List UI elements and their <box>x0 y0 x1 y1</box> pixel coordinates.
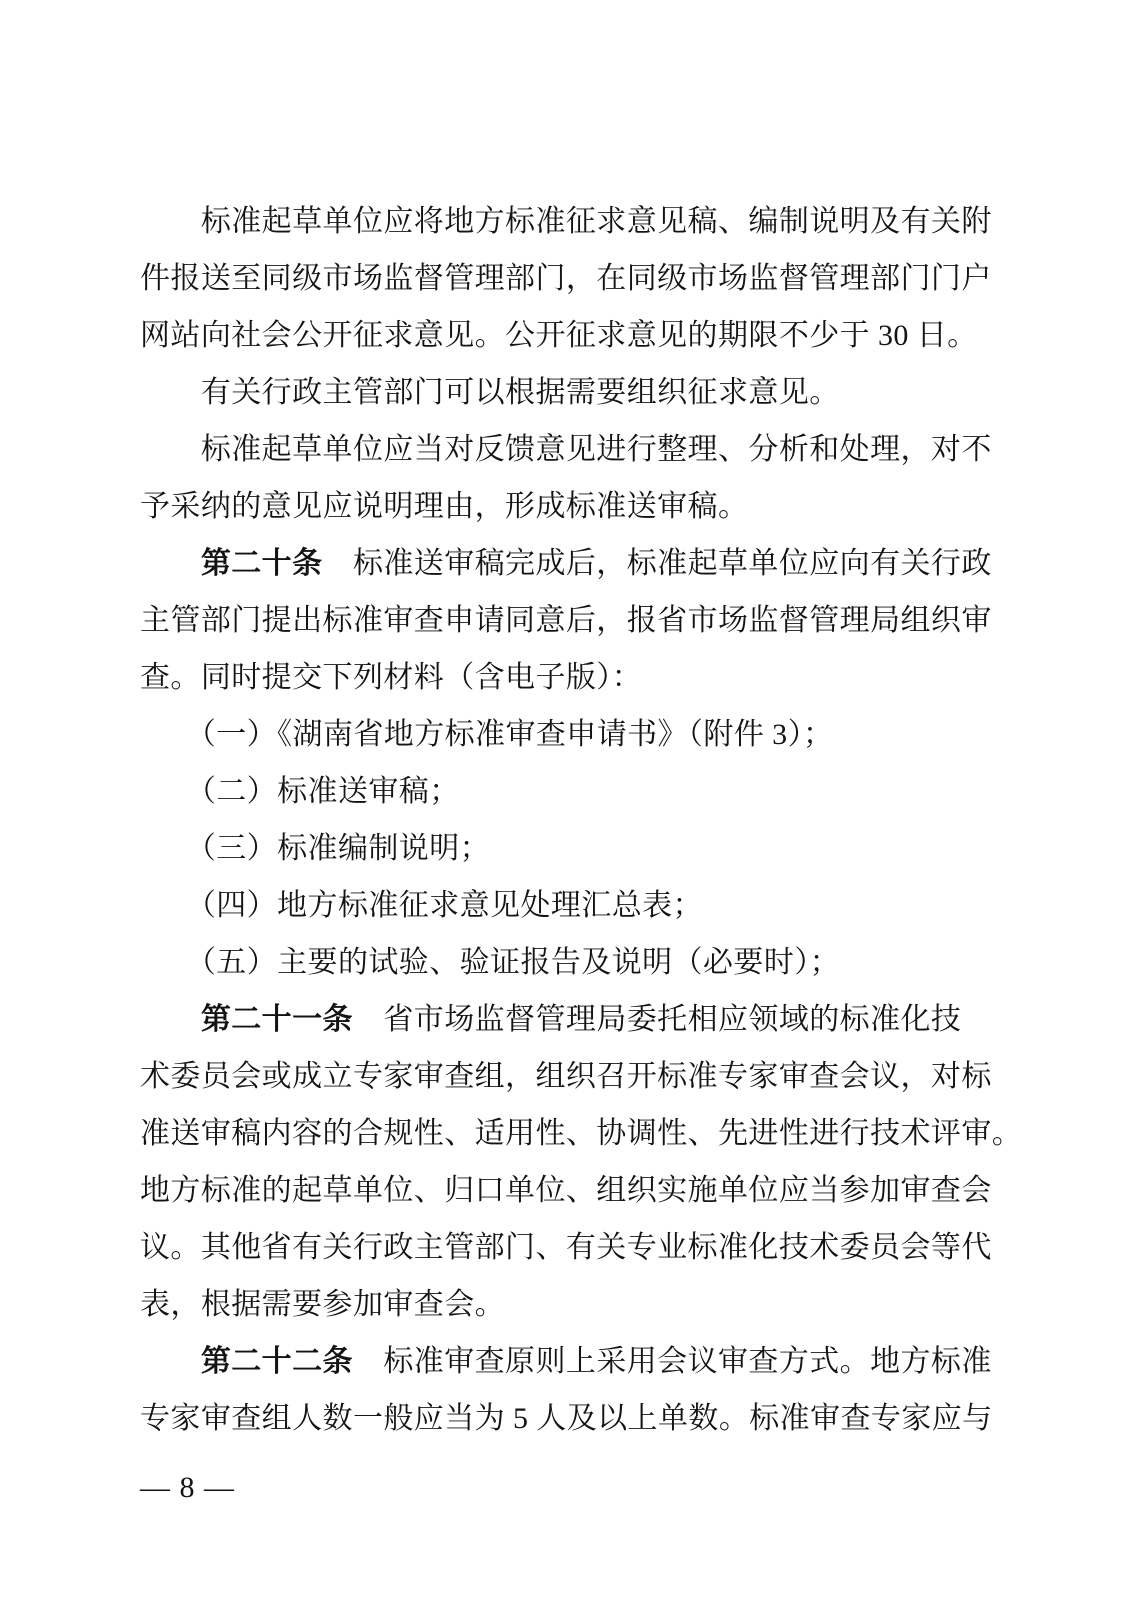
document-body: 标准起草单位应将地方标准征求意见稿、编制说明及有关附件报送至同级市场监督管理部门… <box>140 193 994 1447</box>
paragraph: 第二十二条 标准审查原则上采用会议审查方式。地方标准专家审查组人数一般应当为 5… <box>140 1333 994 1447</box>
text-line: 予采纳的意见应说明理由，形成标准送审稿。 <box>140 478 994 535</box>
line-text: 查。同时提交下列材料（含电子版）： <box>140 661 642 694</box>
text-line: 地方标准的起草单位、归口单位、组织实施单位应当参加审查会 <box>140 1162 994 1219</box>
text-line: 查。同时提交下列材料（含电子版）： <box>140 649 994 706</box>
text-line: 标准起草单位应当对反馈意见进行整理、分析和处理，对不 <box>140 421 994 478</box>
text-line: （三）标准编制说明； <box>140 820 994 877</box>
paragraph: （一）《湖南省地方标准审查申请书》（附件 3）； <box>140 706 994 763</box>
paragraph: 标准起草单位应当对反馈意见进行整理、分析和处理，对不予采纳的意见应说明理由，形成… <box>140 421 994 535</box>
line-text: （二）标准送审稿； <box>140 775 460 808</box>
line-text: 准送审稿内容的合规性、适用性、协调性、先进性进行技术评审。 <box>140 1117 1022 1150</box>
paragraph: （二）标准送审稿； <box>140 763 994 820</box>
line-text: （四）地方标准征求意见处理汇总表； <box>140 889 703 922</box>
text-line: （五）主要的试验、验证报告及说明（必要时）； <box>140 934 994 991</box>
line-text: 议。其他省有关行政主管部门、有关专业标准化技术委员会等代 <box>140 1231 992 1264</box>
text-line: 件报送至同级市场监督管理部门，在同级市场监督管理部门门户 <box>140 250 994 307</box>
line-text: 予采纳的意见应说明理由，形成标准送审稿。 <box>140 490 748 523</box>
text-line: （一）《湖南省地方标准审查申请书》（附件 3）； <box>140 706 994 763</box>
line-text: 件报送至同级市场监督管理部门，在同级市场监督管理部门门户 <box>140 262 992 295</box>
document-page: 标准起草单位应将地方标准征求意见稿、编制说明及有关附件报送至同级市场监督管理部门… <box>0 0 1130 1600</box>
line-text: 地方标准的起草单位、归口单位、组织实施单位应当参加审查会 <box>140 1174 992 1207</box>
text-line: 主管部门提出标准审查申请同意后，报省市场监督管理局组织审 <box>140 592 994 649</box>
paragraph: 第二十一条 省市场监督管理局委托相应领域的标准化技术委员会或成立专家审查组，组织… <box>140 991 994 1333</box>
article-number: 第二十条 <box>140 547 323 580</box>
article-number: 第二十二条 <box>140 1345 353 1378</box>
paragraph: （五）主要的试验、验证报告及说明（必要时）； <box>140 934 994 991</box>
paragraph: （四）地方标准征求意见处理汇总表； <box>140 877 994 934</box>
text-line: （二）标准送审稿； <box>140 763 994 820</box>
line-text: 标准起草单位应当对反馈意见进行整理、分析和处理，对不 <box>140 433 992 466</box>
line-text: 主管部门提出标准审查申请同意后，报省市场监督管理局组织审 <box>140 604 992 637</box>
line-text: 标准起草单位应将地方标准征求意见稿、编制说明及有关附 <box>140 205 992 238</box>
text-line: 术委员会或成立专家审查组，组织召开标准专家审查会议，对标 <box>140 1048 994 1105</box>
line-text: 标准送审稿完成后，标准起草单位应向有关行政 <box>323 547 992 580</box>
paragraph: 有关行政主管部门可以根据需要组织征求意见。 <box>140 364 994 421</box>
line-text: （一）《湖南省地方标准审查申请书》（附件 3）； <box>140 718 833 751</box>
line-text: （五）主要的试验、验证报告及说明（必要时）； <box>140 946 840 979</box>
text-line: 第二十一条 省市场监督管理局委托相应领域的标准化技 <box>140 991 994 1048</box>
line-text: 省市场监督管理局委托相应领域的标准化技 <box>353 1003 961 1036</box>
text-line: 议。其他省有关行政主管部门、有关专业标准化技术委员会等代 <box>140 1219 994 1276</box>
line-text: 网站向社会公开征求意见。公开征求意见的期限不少于 30 日。 <box>140 319 978 352</box>
paragraph: （三）标准编制说明； <box>140 820 994 877</box>
paragraph: 标准起草单位应将地方标准征求意见稿、编制说明及有关附件报送至同级市场监督管理部门… <box>140 193 994 364</box>
text-line: 网站向社会公开征求意见。公开征求意见的期限不少于 30 日。 <box>140 307 994 364</box>
text-line: 第二十条 标准送审稿完成后，标准起草单位应向有关行政 <box>140 535 994 592</box>
text-line: （四）地方标准征求意见处理汇总表； <box>140 877 994 934</box>
paragraph: 第二十条 标准送审稿完成后，标准起草单位应向有关行政主管部门提出标准审查申请同意… <box>140 535 994 706</box>
text-line: 准送审稿内容的合规性、适用性、协调性、先进性进行技术评审。 <box>140 1105 994 1162</box>
line-text: 有关行政主管部门可以根据需要组织征求意见。 <box>140 376 840 409</box>
line-text: 表，根据需要参加审查会。 <box>140 1288 505 1321</box>
page-number: — 8 — <box>140 1459 235 1516</box>
text-line: 第二十二条 标准审查原则上采用会议审查方式。地方标准 <box>140 1333 994 1390</box>
article-number: 第二十一条 <box>140 1003 353 1036</box>
text-line: 标准起草单位应将地方标准征求意见稿、编制说明及有关附 <box>140 193 994 250</box>
line-text: 专家审查组人数一般应当为 5 人及以上单数。标准审查专家应与 <box>140 1402 993 1435</box>
text-line: 专家审查组人数一般应当为 5 人及以上单数。标准审查专家应与 <box>140 1390 994 1447</box>
text-line: 表，根据需要参加审查会。 <box>140 1276 994 1333</box>
text-line: 有关行政主管部门可以根据需要组织征求意见。 <box>140 364 994 421</box>
line-text: （三）标准编制说明； <box>140 832 490 865</box>
line-text: 标准审查原则上采用会议审查方式。地方标准 <box>353 1345 992 1378</box>
line-text: 术委员会或成立专家审查组，组织召开标准专家审查会议，对标 <box>140 1060 992 1093</box>
